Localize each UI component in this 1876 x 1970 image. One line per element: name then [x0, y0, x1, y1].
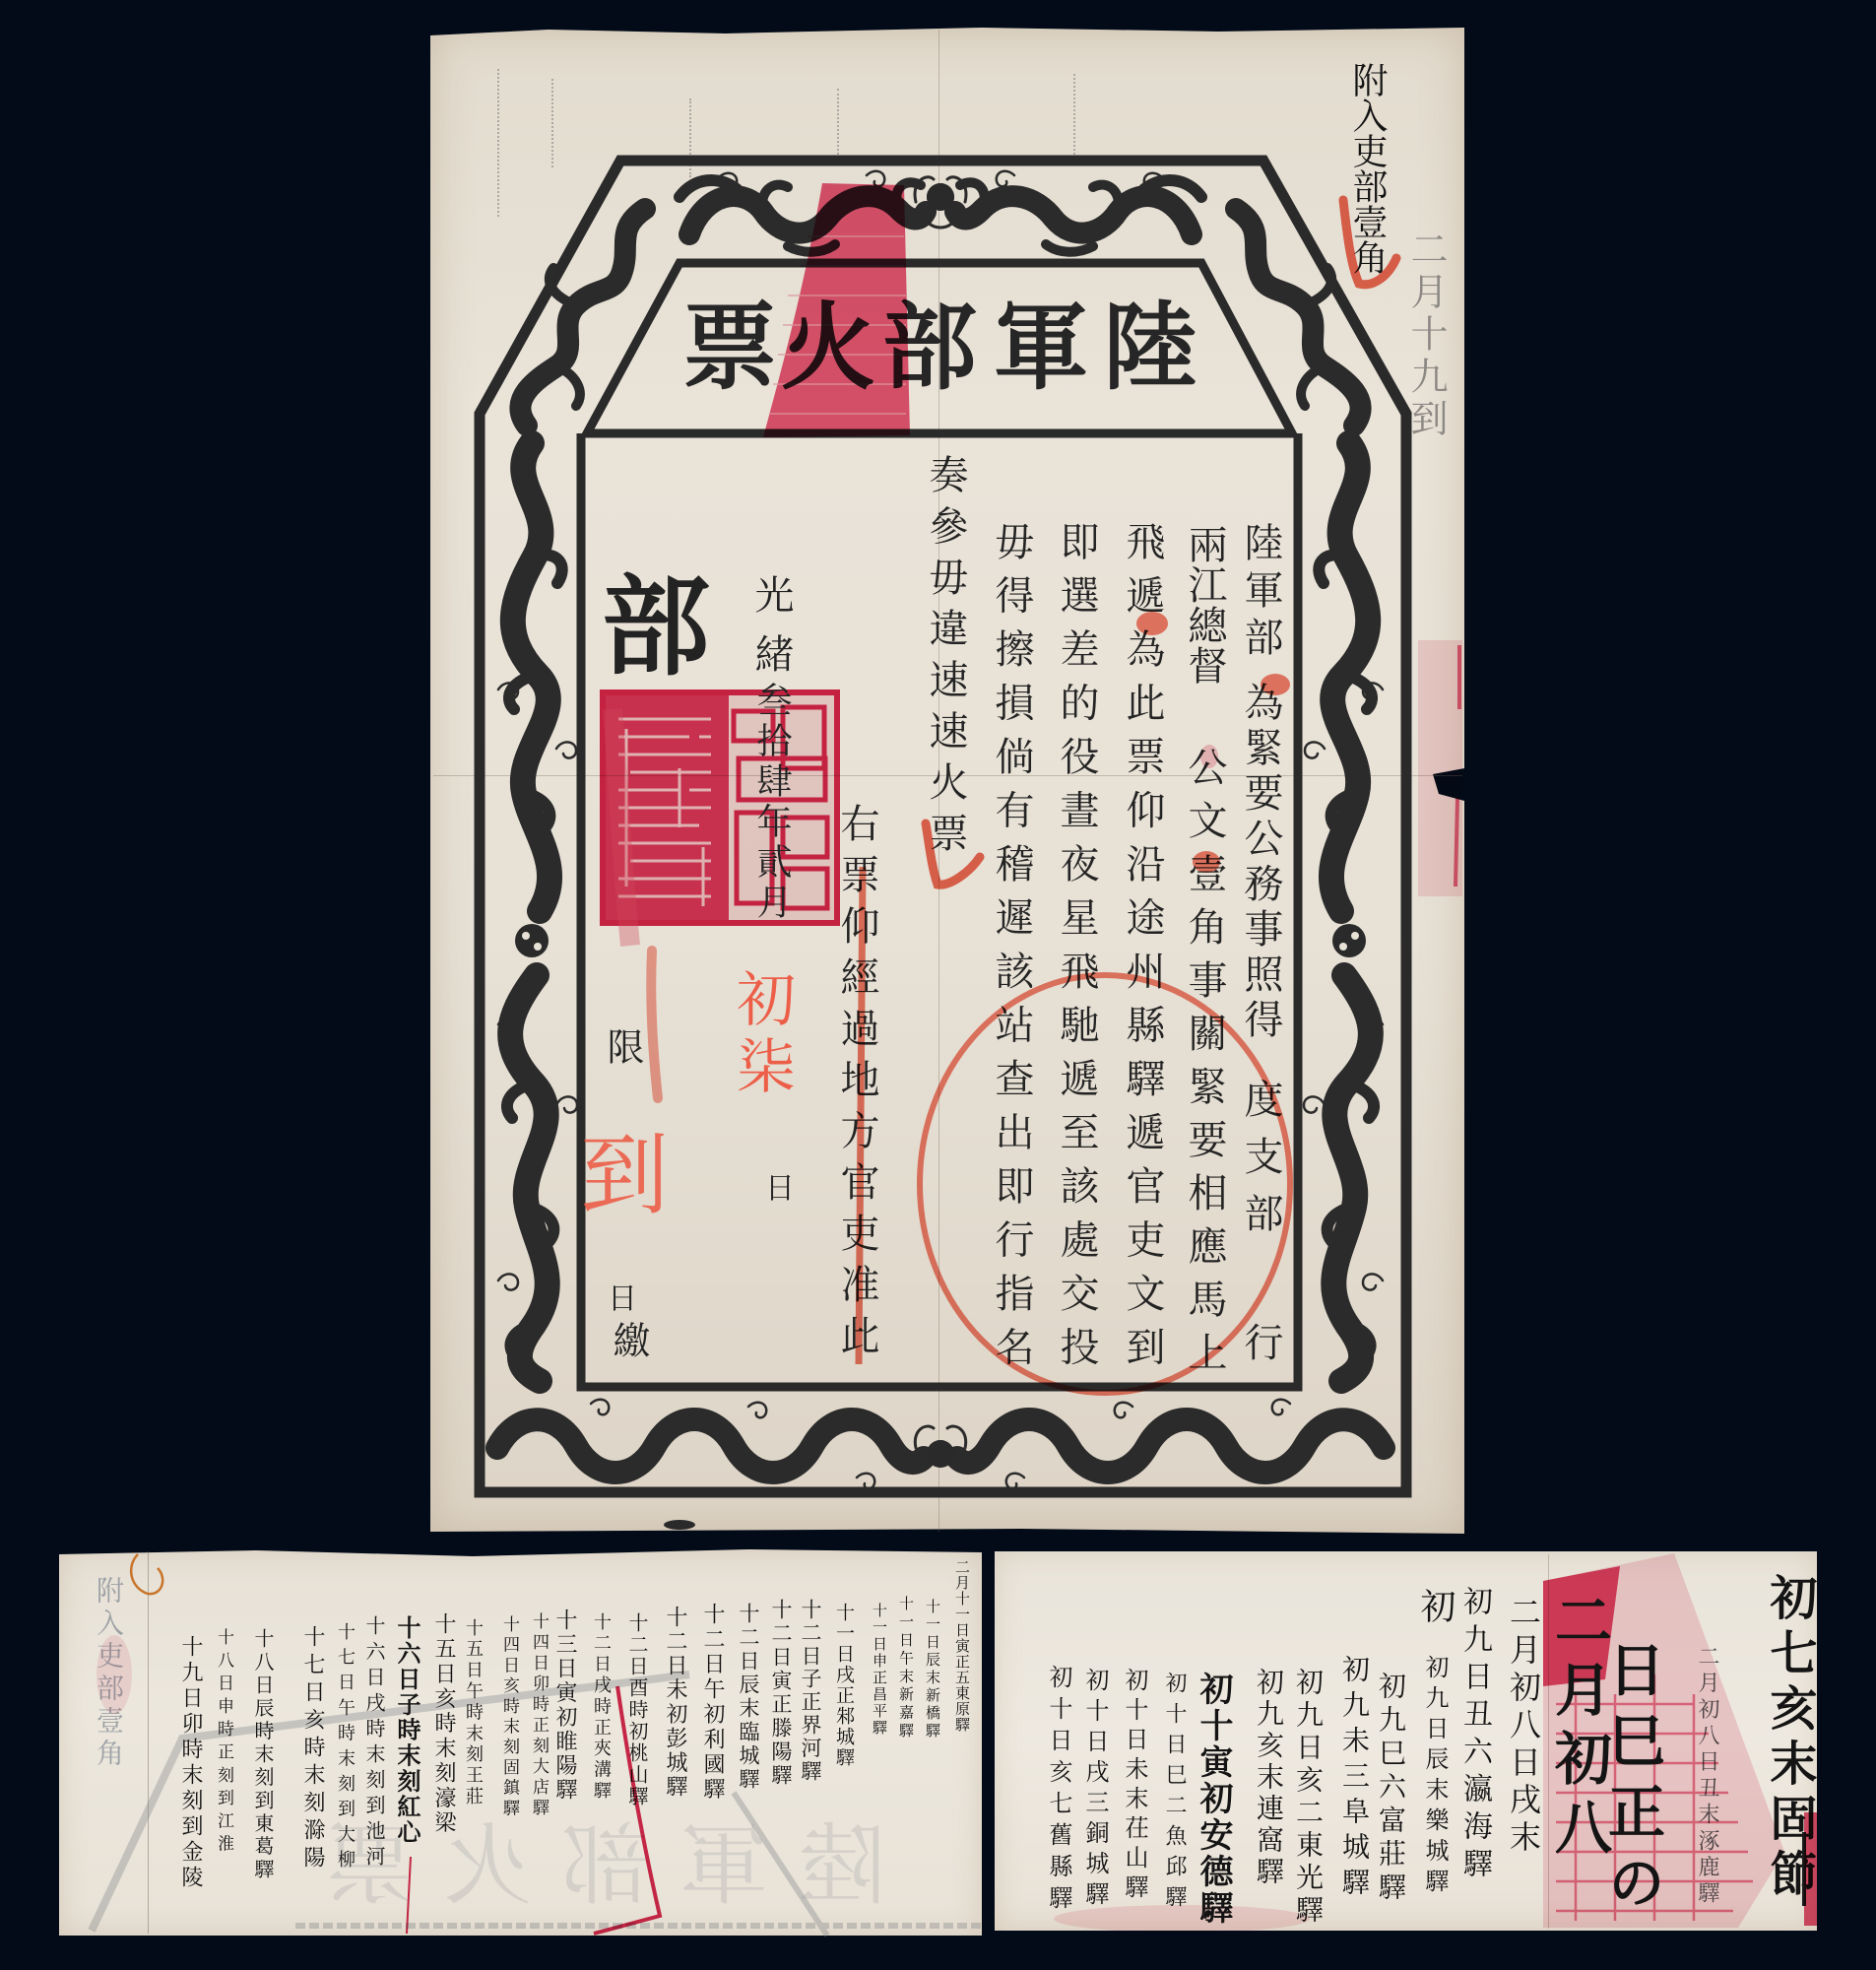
- route-prefix-mark: 初: [1417, 1588, 1453, 1623]
- deadline-return: 繳: [610, 1321, 647, 1358]
- first-entry-tail-stroke: [1802, 1832, 1806, 1906]
- date-year-month: 叁拾肆年貳月: [753, 682, 789, 924]
- instruction-column: 右票仰經過地方官吏准此: [837, 803, 876, 1366]
- faint-marginal-mark: [837, 89, 839, 163]
- deadline-arrival-handwritten: 到: [571, 1128, 660, 1216]
- route-entry: 二月初八日戌末: [1508, 1596, 1539, 1858]
- route-entry: 十九日卯時末刻到金陵: [179, 1635, 201, 1891]
- fold-line-left-log: [148, 1551, 149, 1934]
- route-log-faint-stamp: 附入吏部壹角: [95, 1576, 122, 1771]
- body-column-1-matter: 為緊要公務事照得: [1241, 682, 1280, 1044]
- title-char-piao: 票: [682, 300, 777, 395]
- route-entry: 十八日辰時末刻到東葛驛: [253, 1628, 273, 1881]
- body-column-5: 毋得擦損倘有稽遲該站查出即行指名: [992, 521, 1031, 1380]
- date-day-handwritten: 初柒: [732, 968, 791, 1102]
- route-entry: 初十日未末茌山驛: [1123, 1668, 1146, 1904]
- route-entry: 十六日戌時末刻到池河: [364, 1615, 384, 1871]
- route-entry: 十五日午時末刻王莊: [464, 1618, 482, 1808]
- route-entry: 十四日卯時正刻大店驛: [530, 1612, 547, 1819]
- route-entry: 初九日辰末樂城驛: [1423, 1655, 1447, 1899]
- route-entry: 十二日子正界河驛: [800, 1599, 820, 1783]
- issuer-large-char: 部: [593, 569, 701, 678]
- body-column-6-raised: 奏參毋違速速火票: [926, 454, 965, 864]
- faint-marginal-mark: [551, 79, 553, 167]
- route-entry: 初九日丑六瀛海驛: [1459, 1586, 1489, 1885]
- title-char-huo: 火: [781, 300, 875, 395]
- route-entry: 十四日亥時末刻固鎮驛: [500, 1615, 517, 1819]
- body-column-3: 飛遞為此票仰沿途州縣驛遞官吏文到: [1123, 521, 1162, 1380]
- route-entry: 十三日寅初睢陽驛: [553, 1609, 575, 1803]
- route-entry: 十八日申時正刻到江淮: [215, 1628, 231, 1858]
- route-entry: 初十寅初安德驛: [1197, 1672, 1230, 1927]
- route-entry: 十七日午時末刻到大柳: [336, 1622, 354, 1875]
- route-entry: 十二日辰末臨城驛: [738, 1603, 758, 1792]
- faint-marginal-mark: [689, 98, 691, 177]
- route-entry: 十五日亥時末刻濠梁: [432, 1612, 454, 1836]
- route-entry: 十一日午末新嘉驛: [898, 1596, 913, 1740]
- route-entry: 十七日亥時末刻滁陽: [301, 1625, 323, 1873]
- faint-marginal-mark: [1073, 74, 1075, 163]
- route-entry: 初九日亥二東光驛: [1294, 1668, 1322, 1928]
- route-entry: 二月十一日寅正五東原驛: [954, 1559, 969, 1733]
- route-entry: 十一日戌正邾城驛: [834, 1603, 853, 1768]
- route-entry: 十二日寅正滕陽驛: [770, 1599, 791, 1788]
- body-column-1-issuer: 陸軍部: [1241, 522, 1280, 664]
- route-entry: 初十日亥七舊縣驛: [1047, 1665, 1070, 1917]
- title-char-lu: 陸: [1103, 300, 1197, 395]
- deadline-day: 日: [604, 1282, 633, 1312]
- route-entry: 初九未三阜城驛: [1340, 1655, 1368, 1903]
- route-entry: 十二日戌時正夾溝驛: [592, 1612, 610, 1803]
- body-column-2-recipient: 兩江總督: [1185, 524, 1224, 686]
- body-column-1-sender: 度支部: [1241, 1079, 1280, 1250]
- date-era: 光緒: [751, 574, 791, 692]
- large-cursive-note-2: 日巳正の: [1603, 1640, 1660, 1924]
- route-entry: 十六日子時末刻紅心: [395, 1615, 419, 1845]
- route-entry-stamped: 二月初八日丑末涿鹿驛: [1696, 1645, 1717, 1908]
- route-entry: 初十日巳二魚邱驛: [1163, 1672, 1185, 1916]
- title-char-jun: 軍: [994, 300, 1088, 395]
- route-entry: 十二日未初彭城驛: [664, 1606, 685, 1800]
- faint-marginal-mark: [497, 69, 499, 217]
- deadline-limit: 限: [604, 1027, 641, 1065]
- body-column-2-content: 公文壹角事關緊要相應馬上: [1185, 747, 1224, 1385]
- route-entry: 初十日戌三銅城驛: [1083, 1668, 1107, 1912]
- body-column-4: 即選差的役晝夜星飛馳遞至該處交投: [1057, 521, 1096, 1380]
- date-day-suffix: 日: [761, 1172, 791, 1202]
- route-entry: 十一日辰末新橋驛: [925, 1599, 939, 1740]
- route-entry: 十二日午初利國驛: [701, 1603, 723, 1803]
- route-entry: 初九巳六富莊驛: [1377, 1672, 1404, 1906]
- top-annotation: 附入吏部壹角: [1349, 62, 1385, 275]
- body-column-1-action: 行: [1241, 1322, 1280, 1361]
- title-char-bu: 部: [882, 300, 977, 395]
- route-entry: 初九亥末連窩驛: [1255, 1668, 1282, 1888]
- route-entry: 十二日酉時初桃山驛: [627, 1612, 647, 1807]
- route-entry: 十一日申正昌平驛: [872, 1603, 886, 1737]
- pencil-arrival-note: 二月十九到: [1407, 230, 1445, 441]
